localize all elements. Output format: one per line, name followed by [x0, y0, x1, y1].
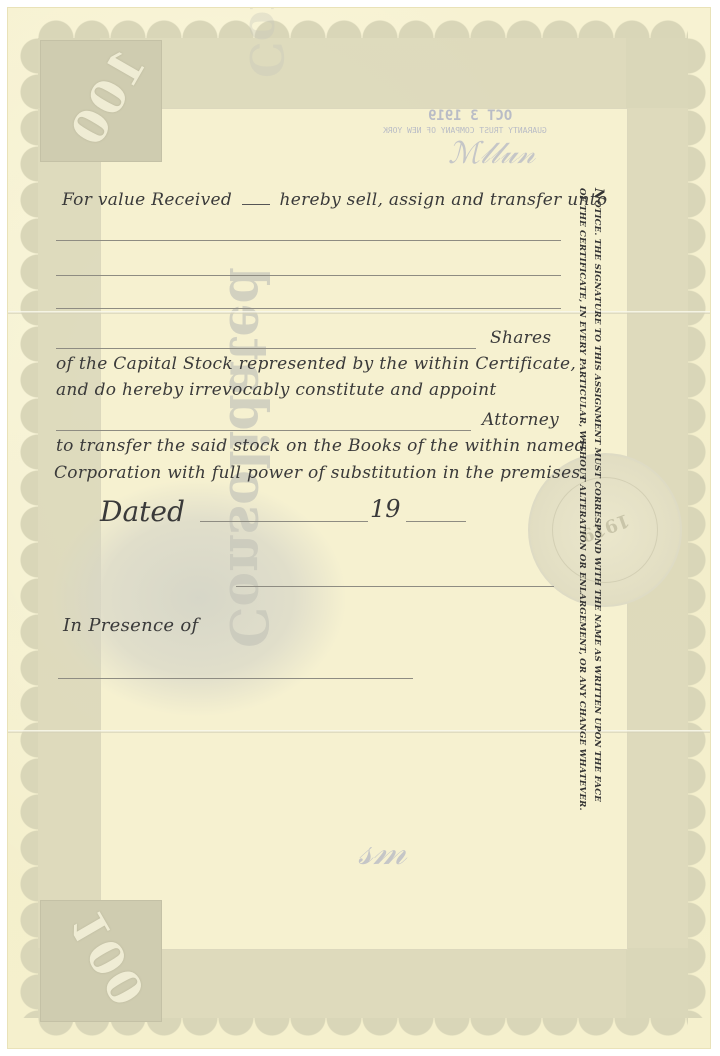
signature-notice: NOTICE. THE SIGNATURE TO THIS ASSIGNMENT…	[566, 188, 606, 658]
corner-value: 100	[59, 40, 157, 155]
year-line[interactable]	[406, 521, 466, 522]
scallop-right	[688, 38, 710, 1018]
date-stamp-ghost: OCT 3 1919	[428, 108, 512, 124]
signature-ghost-bottom: 𝓈𝓂	[358, 828, 407, 874]
fold-line-lower	[8, 730, 710, 733]
signature-ghost: ℳ𝓁𝓁𝓊𝓃	[448, 136, 535, 171]
transfer-books-text: to transfer the said stock on the Books …	[56, 436, 586, 456]
shares-label: Shares	[490, 328, 551, 348]
scallop-left	[16, 38, 38, 1018]
scallop-top	[38, 16, 688, 38]
assignee-line-3[interactable]	[56, 308, 561, 309]
for-value-received: For value Received hereby sell, assign a…	[62, 190, 607, 210]
for-value-received-text: For value Received	[62, 190, 232, 210]
certificate-paper: 100 100 Consolidated Consolidated OCT 3 …	[8, 8, 710, 1048]
corporation-substitution-text: Corporation with full power of substitut…	[54, 463, 586, 483]
registrar-ghost: GUARANTY TRUST COMPANY OF NEW YORK	[383, 126, 547, 135]
vignette-ghost	[48, 478, 348, 718]
notice-line-2: OF THE CERTIFICATE, IN EVERY PARTICULAR,…	[574, 188, 589, 658]
in-presence-of-label: In Presence of	[63, 615, 198, 636]
notice-line-1: NOTICE. THE SIGNATURE TO THIS ASSIGNMENT…	[589, 188, 606, 658]
dated-label: Dated	[100, 495, 185, 528]
capital-stock-text: of the Capital Stock represented by the …	[56, 354, 576, 374]
corner-box-bottom-left: 100	[40, 900, 162, 1022]
company-name-ghost-top: Consolidated	[239, 8, 293, 78]
attorney-line[interactable]	[56, 430, 471, 431]
constitute-appoint-text: and do hereby irrevocably constitute and…	[56, 380, 496, 400]
date-line[interactable]	[200, 521, 368, 522]
company-name-ghost: Consolidated	[217, 267, 278, 648]
assign-transfer-text: hereby sell, assign and transfer unto	[279, 190, 607, 210]
corner-box-top-left: 100	[40, 40, 162, 162]
corner-value: 100	[59, 900, 157, 1015]
year-prefix: 19	[370, 495, 401, 523]
assignee-line-2[interactable]	[56, 275, 561, 276]
shares-line[interactable]	[56, 348, 476, 349]
witness-line[interactable]	[58, 678, 413, 679]
assignee-line-1[interactable]	[56, 240, 561, 241]
signature-line[interactable]	[236, 586, 554, 587]
attorney-label: Attorney	[482, 410, 559, 430]
